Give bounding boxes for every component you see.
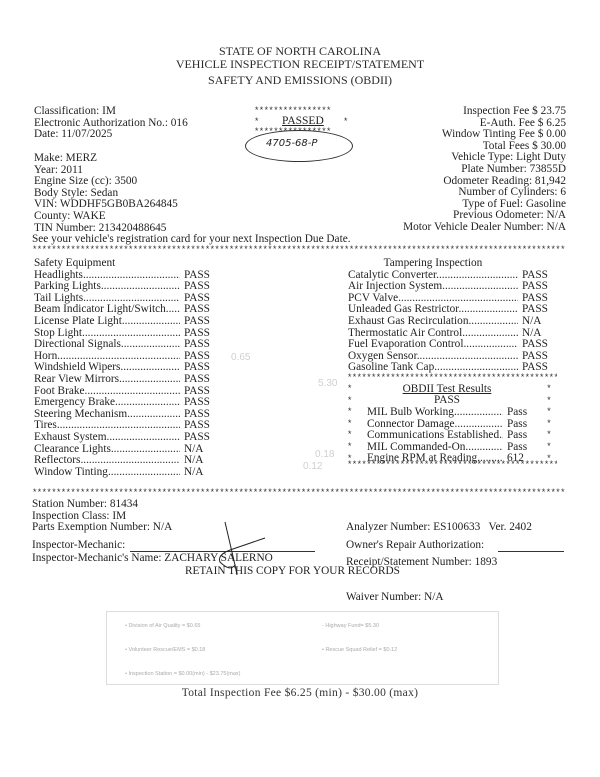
inspection-fee: Inspection Fee $ 23.75 [326, 106, 566, 118]
make: Make: MERZ [34, 153, 178, 165]
item-label: Air Injection System [348, 281, 518, 293]
item-value: PASS [180, 397, 214, 409]
item-label: Steering Mechanism [34, 409, 180, 421]
item-label: License Plate Light [34, 316, 180, 328]
fee-air-quality: • Division of Air Quality = $0.65 [125, 621, 200, 633]
item-label: Communications Established [367, 430, 503, 442]
item-value: N/A [518, 316, 556, 328]
item-value: PASS [180, 374, 214, 386]
station-info-right: Analyzer Number: ES100633 Ver. 2402 Rece… [346, 499, 532, 615]
obdii-list: MIL Bulb WorkingPassConnector DamagePass… [367, 407, 531, 465]
list-item: Rear View MirrorsPASS [34, 374, 214, 386]
item-label: Tail Lights [34, 293, 180, 305]
fee-volunteer-rescue: • Volunteer Rescue/EMS = $0.18 [125, 645, 205, 657]
list-item: ReflectorsN/A [34, 455, 214, 467]
obdii-result: PASS [347, 395, 547, 407]
item-label: Rear View Mirrors [34, 374, 180, 386]
item-label: Connector Damage [367, 419, 503, 431]
list-item: Emergency BrakePASS [34, 397, 214, 409]
tampering-list: Catalytic ConverterPASSAir Injection Sys… [348, 270, 556, 374]
fee-highway-fund: - Highway Fund= $5.30 [322, 621, 379, 633]
item-label: Unleaded Gas Restrictor [348, 304, 518, 316]
list-item: Exhaust Gas RecirculationN/A [348, 316, 556, 328]
safety-title: Safety Equipment [34, 258, 214, 270]
item-label: Windshield Wipers [34, 362, 180, 374]
fee-rescue-squad: • Rescue Squad Relief = $0.12 [322, 645, 397, 657]
list-item: Directional SignalsPASS [34, 339, 214, 351]
item-label: MIL Bulb Working [367, 407, 503, 419]
right-info: Inspection Fee $ 23.75 E-Auth. Fee $ 6.2… [326, 106, 566, 234]
item-label: Beam Indicator Light/Switch [34, 304, 180, 316]
item-label: Horn [34, 351, 180, 363]
station-info-left: Station Number: 81434 Inspection Class: … [32, 499, 172, 534]
due-date-note: See your vehicle's registration card for… [32, 234, 351, 246]
inspector-label: Inspector-Mechanic: [32, 540, 125, 552]
item-label: Thermostatic Air Control [348, 328, 518, 340]
list-item: License Plate LightPASS [34, 316, 214, 328]
item-label: MIL Commanded-On [367, 442, 503, 454]
item-value: PASS [180, 316, 214, 328]
left-info-top: Classification: IM Electronic Authorizat… [34, 106, 188, 141]
date: Date: 11/07/2025 [34, 129, 188, 141]
watermark-value-3: 0.18 [315, 449, 334, 461]
item-label: Window Tinting [34, 467, 180, 479]
list-item: Window TintingN/A [34, 467, 214, 479]
tampering-title: Tampering Inspection [348, 258, 518, 270]
plate-number: Plate Number: 73855D [326, 164, 566, 176]
item-label: Headlights [34, 270, 180, 282]
owner-auth-line[interactable] [498, 551, 564, 552]
left-info-vehicle: Make: MERZ Year: 2011 Engine Size (cc): … [34, 153, 178, 234]
item-label: Stop Light [34, 328, 180, 340]
county: County: WAKE [34, 211, 178, 223]
item-value: N/A [180, 467, 214, 479]
item-label: PCV Valve [348, 293, 518, 305]
pass-result: PASSED [282, 116, 324, 128]
fee-inspection-station: • Inspection Station = $0.00(min) - $23.… [125, 669, 241, 681]
safety-list: HeadlightsPASSParking LightsPASSTail Lig… [34, 270, 214, 479]
inspector-name: Inspector-Mechanic's Name: ZACHARY SALER… [32, 553, 273, 565]
classification: Classification: IM [34, 106, 188, 118]
state-title: STATE OF NORTH CAROLINA [0, 44, 600, 58]
station-number: Station Number: 81434 [32, 499, 172, 511]
waiver-number: Waiver Number: N/A [346, 592, 532, 604]
list-item: Fuel Evaporation ControlPASS [348, 339, 556, 351]
total-inspection-fee: Total Inspection Fee $6.25 (min) - $30.0… [0, 688, 600, 700]
item-value: PASS [518, 339, 556, 351]
watermark-value-1: 0.65 [231, 352, 250, 364]
item-label: Directional Signals [34, 339, 180, 351]
item-label: Fuel Evaporation Control [348, 339, 518, 351]
obdii-box: ******* ******* OBDII Test Results PASS … [347, 384, 557, 460]
item-label: Clearance Lights [34, 444, 180, 456]
item-label: Reflectors [34, 455, 180, 467]
item-label: Catalytic Converter [348, 270, 518, 282]
obdii-stars-bottom: ****************************************… [347, 460, 557, 472]
owner-auth-label: Owner's Repair Authorization: [346, 540, 484, 552]
watermark-value-2: 5.30 [318, 378, 337, 390]
list-item: MIL Bulb WorkingPass [367, 407, 531, 419]
item-value: Pass [503, 407, 531, 419]
watermark-value-4: 0.12 [303, 461, 322, 473]
safety-equipment-section: Safety Equipment HeadlightsPASSParking L… [34, 258, 214, 478]
tampering-section: Tampering Inspection Catalytic Converter… [348, 258, 556, 374]
list-item: Exhaust SystemPASS [34, 432, 214, 444]
receipt-subtitle: SAFETY AND EMISSIONS (OBDII) [0, 73, 600, 87]
item-label: Tires [34, 420, 180, 432]
item-value: PASS [180, 339, 214, 351]
item-value: PASS [180, 432, 214, 444]
handwritten-number: 4705-68-P [266, 138, 317, 150]
item-label: Emergency Brake [34, 397, 180, 409]
analyzer-number: Analyzer Number: ES100633 Ver. 2402 [346, 522, 532, 534]
parts-exemption: Parts Exemption Number: N/A [32, 522, 172, 534]
item-label: Parking Lights [34, 281, 180, 293]
divider-stars-1: ****************************************… [32, 245, 566, 257]
item-label: Exhaust System [34, 432, 180, 444]
item-value: N/A [180, 455, 214, 467]
fee-breakdown-box: • Division of Air Quality = $0.65 - High… [106, 611, 499, 685]
dealer-number: Motor Vehicle Dealer Number: N/A [326, 222, 566, 234]
retain-note: RETAIN THIS COPY FOR YOUR RECORDS [185, 566, 400, 578]
item-label: Foot Brake [34, 386, 180, 398]
receipt-title: VEHICLE INSPECTION RECEIPT/STATEMENT [0, 57, 600, 71]
cylinders: Number of Cylinders: 6 [326, 187, 566, 199]
item-label: Oxygen Sensor [348, 351, 518, 363]
item-label: Exhaust Gas Recirculation [348, 316, 518, 328]
